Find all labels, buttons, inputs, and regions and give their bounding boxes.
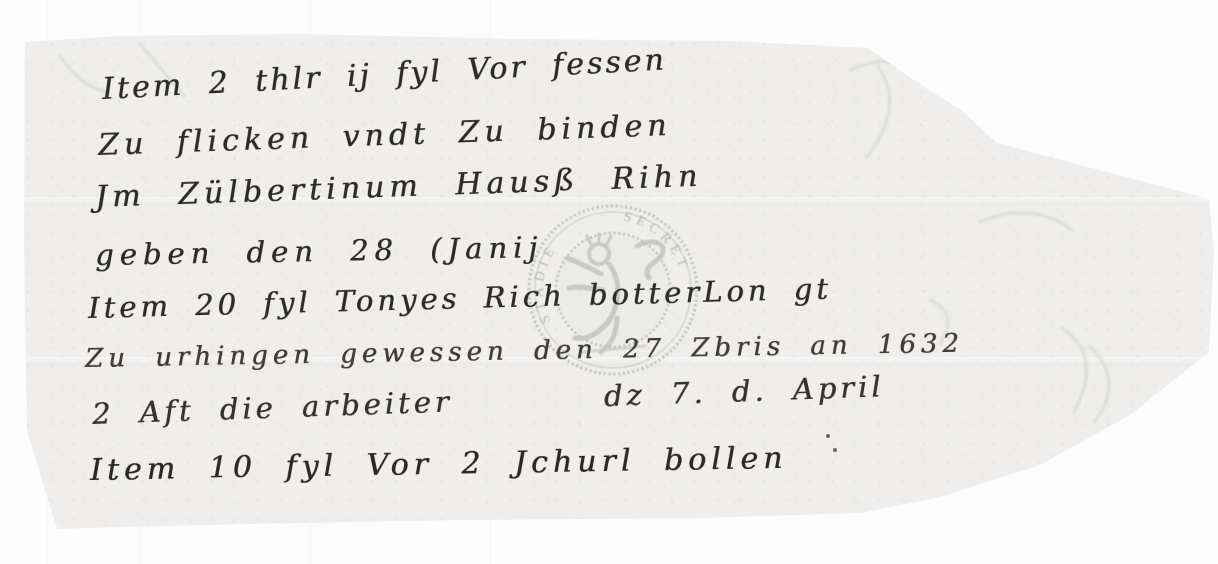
scan-background: STADIE SECRET Item 2 thlr ij fyl Vor fes… xyxy=(0,0,1218,564)
manuscript-paper: STADIE SECRET Item 2 thlr ij fyl Vor fes… xyxy=(0,0,1218,564)
ink-dot xyxy=(833,448,837,452)
ink-dot xyxy=(826,434,830,438)
